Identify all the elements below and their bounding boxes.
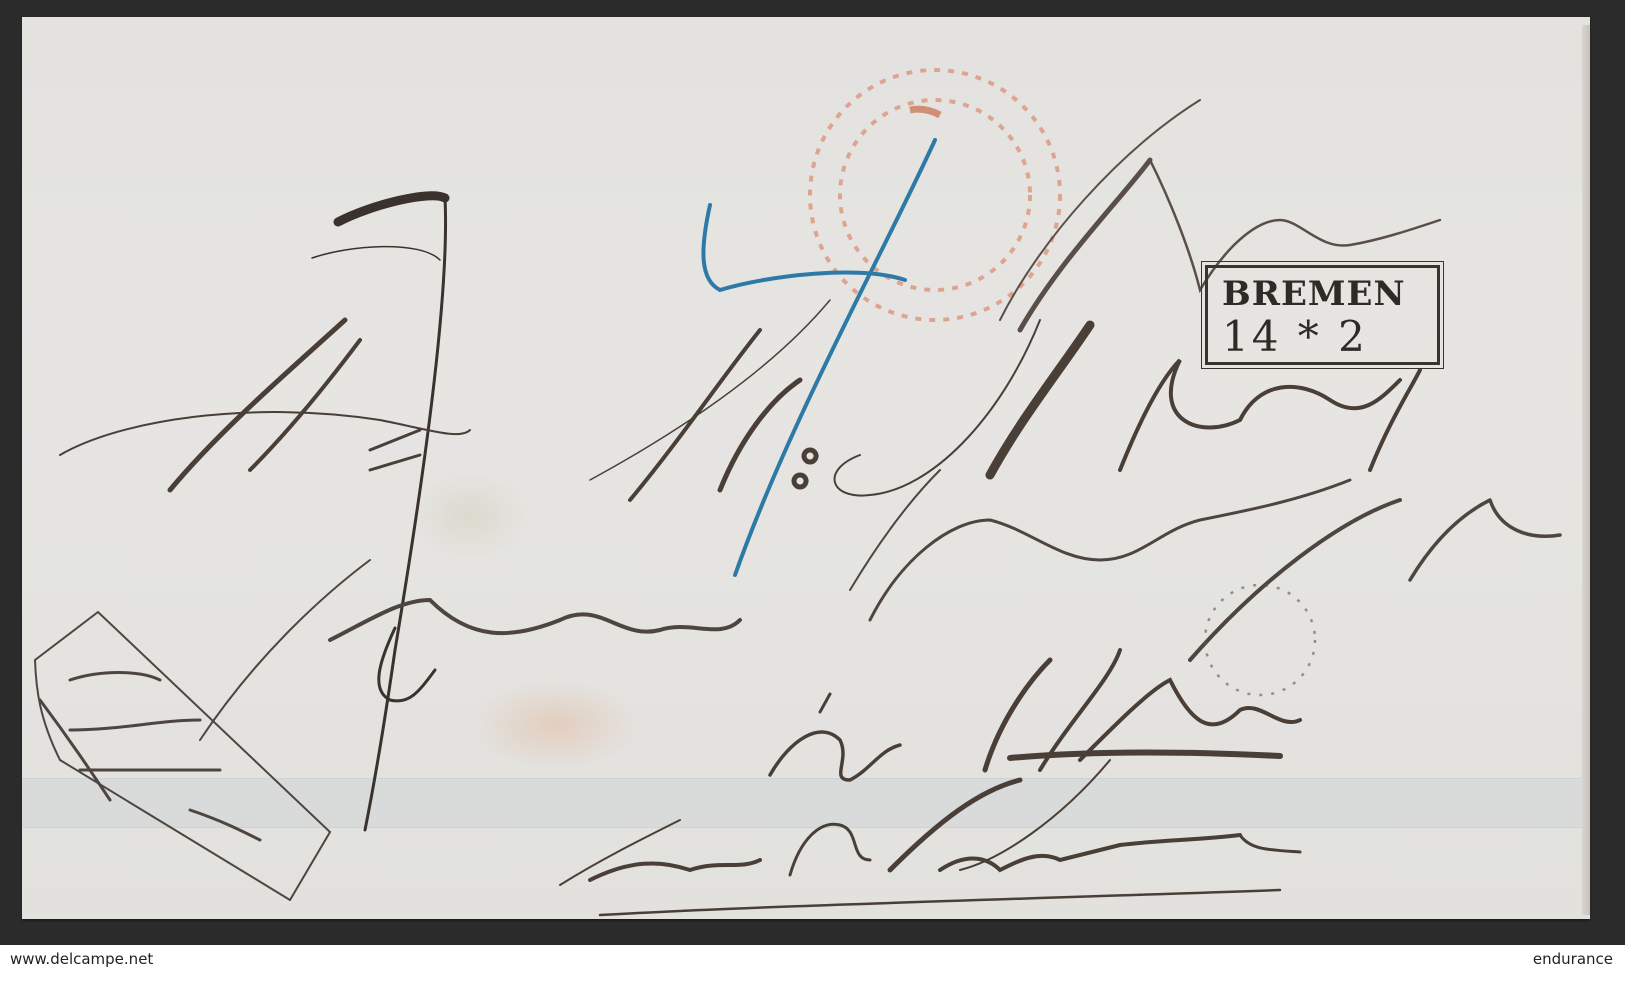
- site-watermark: www.delcampe.net: [10, 950, 153, 968]
- postmark-city: BREMEN: [1222, 274, 1406, 314]
- bremen-postmark: BREMEN 14 * 2: [1205, 265, 1440, 365]
- watermark-footer: www.delcampe.net endurance: [0, 945, 1625, 981]
- seller-name: endurance: [1533, 950, 1613, 968]
- handwriting-ink: [0, 0, 1625, 945]
- address-region: [560, 780, 1300, 915]
- route-box-belgique: [35, 612, 330, 900]
- arrival-cancel: [1205, 585, 1315, 695]
- scan-background: BREMEN 14 * 2 Monsieur Mr Th: Jonas fabr…: [0, 0, 1625, 945]
- red-circular-cancel: [810, 70, 1060, 320]
- tax-mark-7: [312, 196, 446, 830]
- postmark-date: 14 * 2: [1222, 312, 1368, 361]
